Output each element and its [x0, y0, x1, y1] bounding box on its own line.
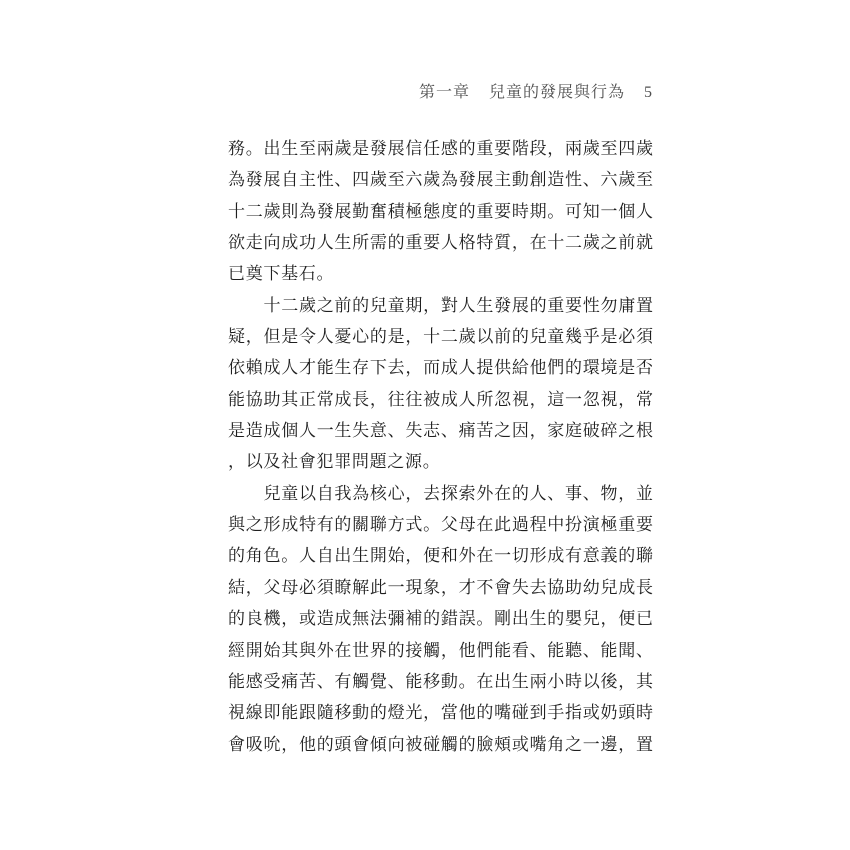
text-line: 能感受痛苦、有觸覺、能移動。在出生兩小時以後，其	[228, 666, 653, 697]
text-line: 經開始其與外在世界的接觸，他們能看、能聽、能聞、	[228, 635, 653, 666]
text-line: 十二歲之前的兒童期，對人生發展的重要性勿庸置	[228, 290, 653, 321]
text-line: 結，父母必須瞭解此一現象，才不會失去協助幼兒成長	[228, 572, 653, 603]
text-line: ，以及社會犯罪問題之源。	[228, 446, 653, 477]
text-line: 能協助其正常成長，往往被成人所忽視，這一忽視，常	[228, 384, 653, 415]
text-line: 視線即能跟隨移動的燈光，當他的嘴碰到手指或奶頭時	[228, 697, 653, 728]
text-line: 與之形成特有的關聯方式。父母在此過程中扮演極重要	[228, 509, 653, 540]
text-line: 依賴成人才能生存下去，而成人提供給他們的環境是否	[228, 352, 653, 383]
text-line: 的角色。人自出生開始，便和外在一切形成有意義的聯	[228, 540, 653, 571]
chapter-title: 兒童的發展與行為	[489, 84, 625, 101]
body-text: 務。出生至兩歲是發展信任感的重要階段，兩歲至四歲 為發展自主性、四歲至六歲為發展…	[228, 133, 653, 760]
text-line: 是造成個人一生失意、失志、痛苦之因，家庭破碎之根	[228, 415, 653, 446]
text-line: 會吸吮，他的頭會傾向被碰觸的臉頰或嘴角之一邊，置	[228, 729, 653, 760]
text-line: 兒童以自我為核心，去探索外在的人、事、物，並	[228, 478, 653, 509]
book-page: 第一章 兒童的發展與行為 5 務。出生至兩歲是發展信任感的重要階段，兩歲至四歲 …	[0, 0, 850, 850]
text-line: 十二歲則為發展勤奮積極態度的重要時期。可知一個人	[228, 196, 653, 227]
text-line: 疑，但是令人憂心的是，十二歲以前的兒童幾乎是必須	[228, 321, 653, 352]
text-line: 欲走向成功人生所需的重要人格特質，在十二歲之前就	[228, 227, 653, 258]
page-number: 5	[644, 84, 653, 101]
text-line: 已奠下基石。	[228, 258, 653, 289]
text-line: 務。出生至兩歲是發展信任感的重要階段，兩歲至四歲	[228, 133, 653, 164]
chapter-label: 第一章	[419, 84, 470, 101]
page-header: 第一章 兒童的發展與行為 5	[419, 82, 653, 104]
text-line: 的良機，或造成無法彌補的錯誤。剛出生的嬰兒，便已	[228, 603, 653, 634]
text-line: 為發展自主性、四歲至六歲為發展主動創造性、六歲至	[228, 164, 653, 195]
